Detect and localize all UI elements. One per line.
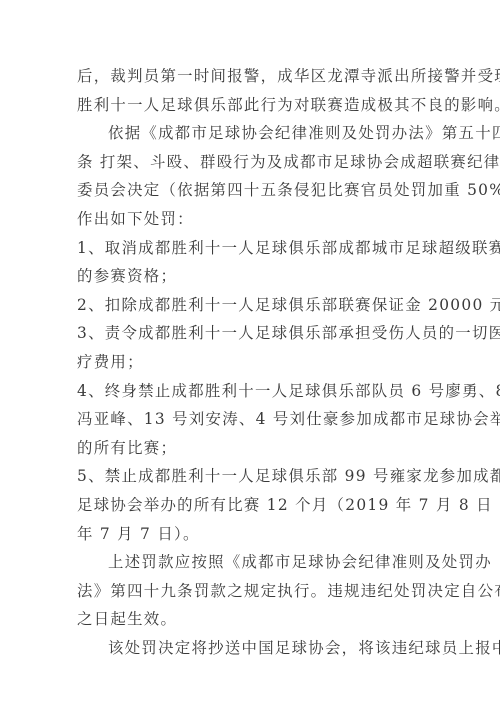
text-line: 年 7 月 7 日）。: [77, 520, 427, 549]
text-line: 委员会决定（依据第四十五条侵犯比赛官员处罚加重 50%），: [77, 176, 427, 205]
text-line: 条 打架、斗殴、群殴行为及成都市足球协会成超联赛纪律: [77, 148, 427, 177]
penalty-item-1: 1、取消成都胜利十一人足球俱乐部成都城市足球超级联赛: [77, 234, 427, 263]
text-line: 法》第四十九条罚款之规定执行。违规违纪处罚决定自公布: [77, 577, 427, 606]
text-line: 胜利十一人足球俱乐部此行为对联赛造成极其不良的影响。: [77, 91, 427, 120]
document-page: 后，裁判员第一时间报警，成华区龙潭寺派出所接警并受理。 胜利十一人足球俱乐部此行…: [77, 62, 427, 662]
text-line: 疗费用；: [77, 348, 427, 377]
penalty-item-5: 5、禁止成都胜利十一人足球俱乐部 99 号雍家龙参加成都市: [77, 462, 427, 491]
text-line: 之日起生效。: [77, 605, 427, 634]
penalty-item-4: 4、终身禁止成都胜利十一人足球俱乐部队员 6 号廖勇、8 号: [77, 377, 427, 406]
text-line: 冯亚峰、13 号刘安涛、4 号刘仕豪参加成都市足球协会举办: [77, 405, 427, 434]
text-line: 的所有比赛；: [77, 434, 427, 463]
text-line: 足球协会举办的所有比赛 12 个月（2019 年 7 月 8 日 －2020: [77, 491, 427, 520]
text-line: 作出如下处罚：: [77, 205, 427, 234]
paragraph-start-line: 上述罚款应按照《成都市足球协会纪律准则及处罚办: [77, 548, 427, 577]
text-line: 的参赛资格；: [77, 262, 427, 291]
penalty-item-2: 2、扣除成都胜利十一人足球俱乐部联赛保证金 20000 元；: [77, 291, 427, 320]
penalty-item-3: 3、责令成都胜利十一人足球俱乐部承担受伤人员的一切医: [77, 319, 427, 348]
paragraph-start-line: 该处罚决定将抄送中国足球协会，将该违纪球员上报中: [77, 634, 427, 663]
paragraph-start-line: 依据《成都市足球协会纪律准则及处罚办法》第五十四: [77, 119, 427, 148]
text-line: 后，裁判员第一时间报警，成华区龙潭寺派出所接警并受理。: [77, 62, 427, 91]
